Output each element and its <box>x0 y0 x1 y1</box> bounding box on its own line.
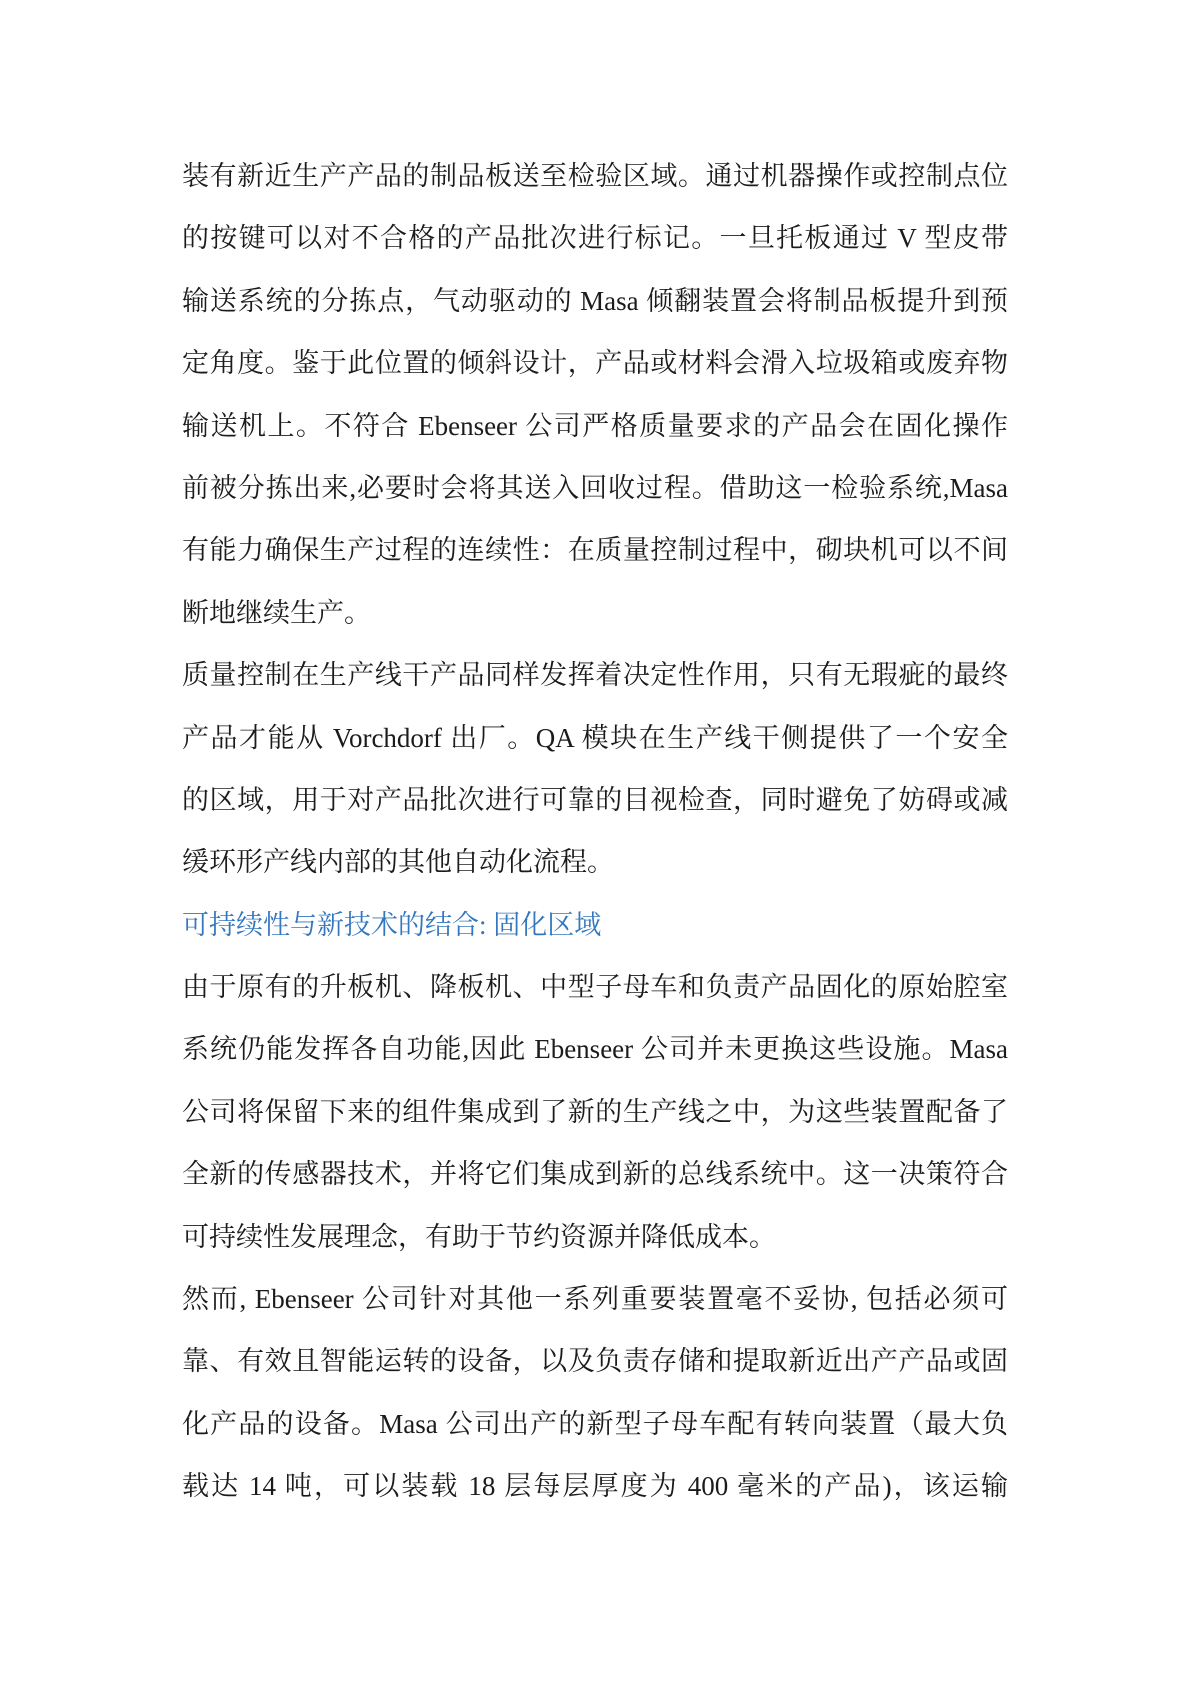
text-line: 输送系统的分拣点，气动驱动的 Masa 倾翻装置会将制品板提升到预 <box>182 270 1008 332</box>
text-line: 输送机上。不符合 Ebenseer 公司严格质量要求的产品会在固化操作 <box>182 395 1008 457</box>
text-line: 前被分拣出来,必要时会将其送入回收过程。借助这一检验系统,Masa <box>182 457 1008 519</box>
section-heading: 可持续性与新技术的结合: 固化区域 <box>182 894 1008 956</box>
text-line: 然而, Ebenseer 公司针对其他一系列重要装置毫不妥协, 包括必须可 <box>182 1268 1008 1330</box>
text-line: 断地继续生产。 <box>182 582 1008 644</box>
text-line: 的区域，用于对产品批次进行可靠的目视检查，同时避免了妨碍或减 <box>182 769 1008 831</box>
text-line: 全新的传感器技术，并将它们集成到新的总线系统中。这一决策符合 <box>182 1143 1008 1205</box>
text-line: 系统仍能发挥各自功能,因此 Ebenseer 公司并未更换这些设施。Masa <box>182 1018 1008 1080</box>
text-line: 可持续性发展理念，有助于节约资源并降低成本。 <box>182 1206 1008 1268</box>
text-line: 定角度。鉴于此位置的倾斜设计，产品或材料会滑入垃圾箱或废弃物 <box>182 332 1008 394</box>
text-line: 缓环形产线内部的其他自动化流程。 <box>182 831 1008 893</box>
document-page: 装有新近生产产品的制品板送至检验区域。通过机器操作或控制点位的按键可以对不合格的… <box>0 0 1190 1683</box>
text-line: 公司将保留下来的组件集成到了新的生产线之中，为这些装置配备了 <box>182 1081 1008 1143</box>
text-line: 载达 14 吨，可以装载 18 层每层厚度为 400 毫米的产品)，该运输 <box>182 1455 1008 1517</box>
text-line: 装有新近生产产品的制品板送至检验区域。通过机器操作或控制点位 <box>182 145 1008 207</box>
text-line: 质量控制在生产线干产品同样发挥着决定性作用，只有无瑕疵的最终 <box>182 644 1008 706</box>
text-line: 靠、有效且智能运转的设备，以及负责存储和提取新近出产产品或固 <box>182 1330 1008 1392</box>
document-content: 装有新近生产产品的制品板送至检验区域。通过机器操作或控制点位的按键可以对不合格的… <box>182 145 1008 1518</box>
text-line: 由于原有的升板机、降板机、中型子母车和负责产品固化的原始腔室 <box>182 956 1008 1018</box>
text-line: 产品才能从 Vorchdorf 出厂。QA 模块在生产线干侧提供了一个安全 <box>182 707 1008 769</box>
text-line: 的按键可以对不合格的产品批次进行标记。一旦托板通过 V 型皮带 <box>182 207 1008 269</box>
text-line: 有能力确保生产过程的连续性：在质量控制过程中，砌块机可以不间 <box>182 519 1008 581</box>
text-line: 化产品的设备。Masa 公司出产的新型子母车配有转向装置（最大负 <box>182 1393 1008 1455</box>
